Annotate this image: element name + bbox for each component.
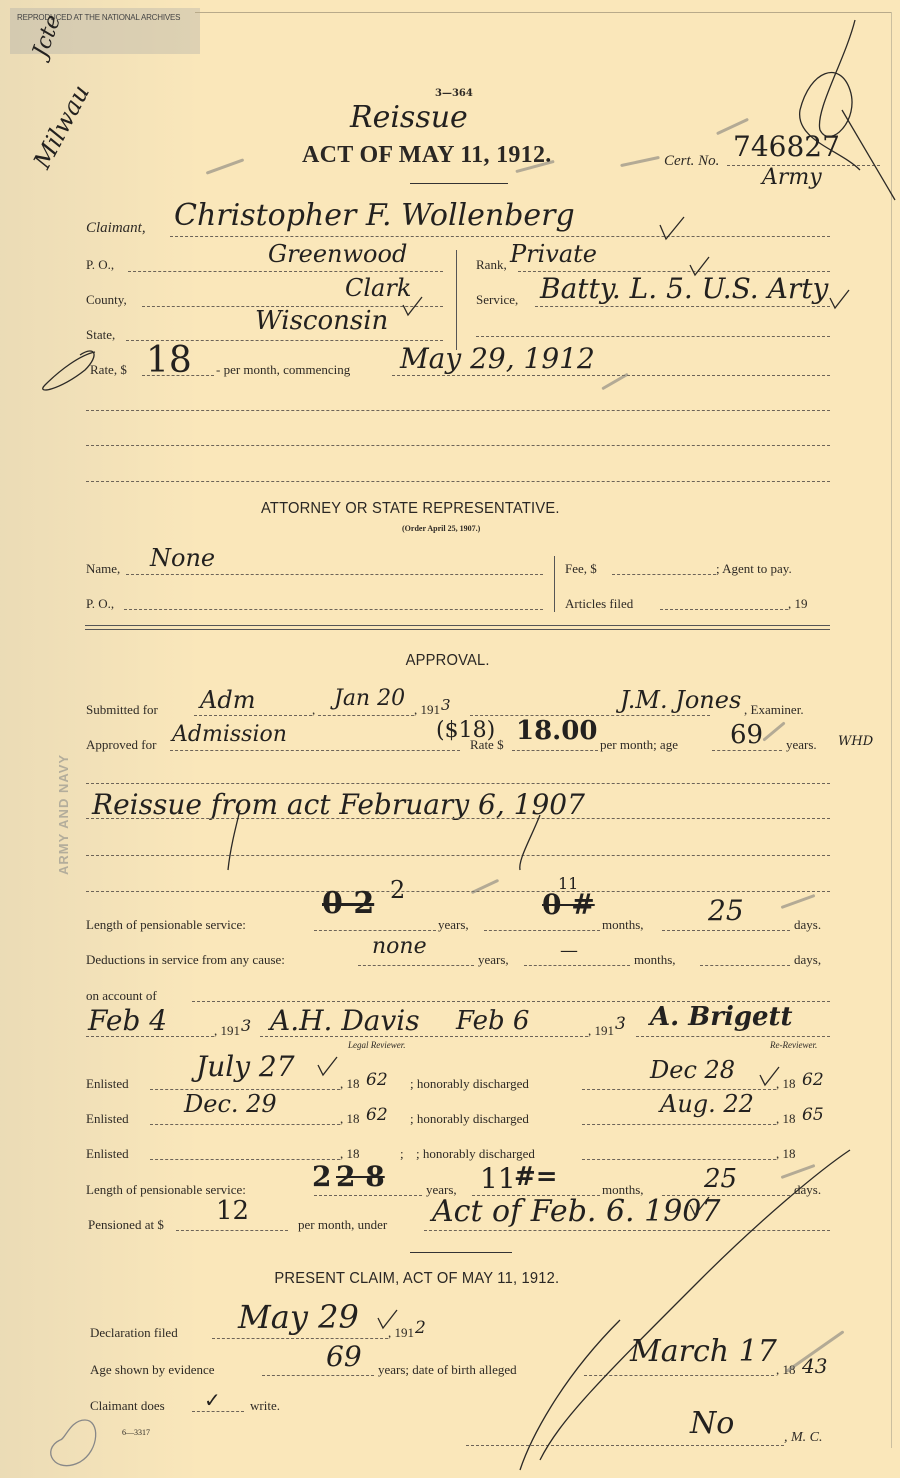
pension-card: REPRODUCED AT THE NATIONAL ARCHIVES ARMY… (0, 0, 900, 1478)
handwritten-strokes (0, 0, 900, 1478)
